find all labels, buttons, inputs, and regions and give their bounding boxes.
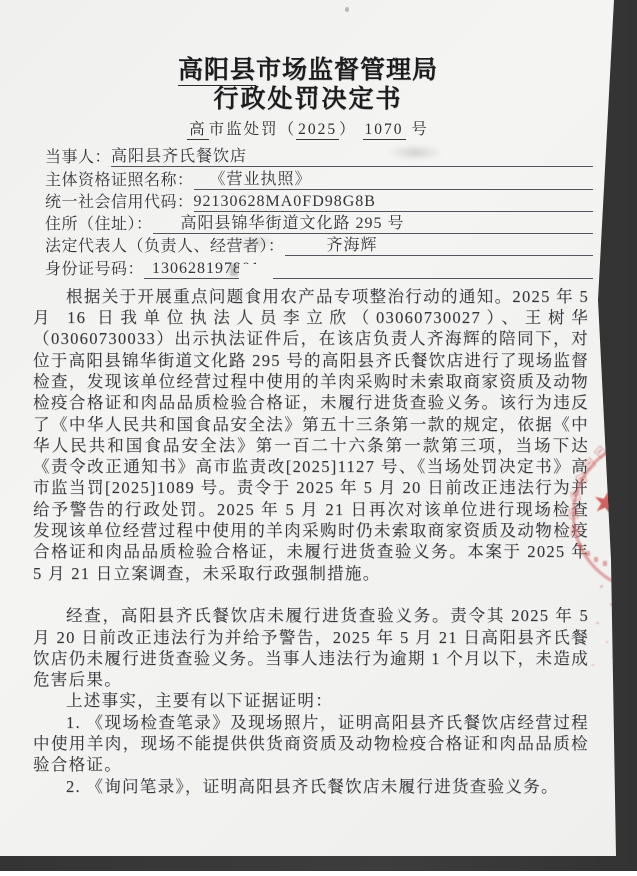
- seal-arc-character: [569, 509, 579, 520]
- field-party: 当事人： 高阳县齐氏餐饮店: [45, 145, 593, 167]
- field-credit-code-label: 统一社会信用代码：: [45, 189, 194, 212]
- field-credit-code: 统一社会信用代码： 92130628MA0FD98G8B: [45, 190, 593, 212]
- field-id-number-label: 身份证号码：: [45, 256, 144, 279]
- seal-ink-speckle: [610, 603, 612, 606]
- decision-body-text: 根据关于开展重点问题食用农产品专项整治行动的通知。2025 年 5 月 16 日…: [33, 286, 589, 797]
- paragraph-findings: 经查，高阳县齐氏餐饮店未履行进货查验义务。责令其 2025 年 5 月 20 日…: [33, 605, 589, 690]
- agency-title: 高阳县市场监督管理局: [0, 57, 616, 85]
- field-legal-rep-value-line: 齐海辉: [285, 232, 593, 256]
- field-credit-code-value-line: 92130628MA0FD98G8B: [194, 193, 593, 212]
- seal-ink-speckle: [592, 664, 594, 666]
- document-page: 高阳县市场监督管理局 行政处罚决定书 高市监处罚（2025） 1070 号 当事…: [0, 0, 616, 856]
- seal-serial-dot: [586, 551, 591, 557]
- seal-arc-character: [571, 526, 581, 537]
- field-legal-rep-value: 齐海辉: [327, 237, 378, 254]
- field-address: 住所（住址）： 高阳县锦华街道文化路 295 号: [45, 212, 593, 234]
- erasure-smudge: [235, 236, 275, 249]
- field-legal-rep: 法定代表人（负责人、经营者）： 齐海辉: [45, 234, 593, 256]
- seal-ink-speckle: [596, 622, 599, 624]
- redaction-whiteout: [239, 264, 273, 282]
- docno-number: 1070: [363, 121, 406, 140]
- docno-org: 高: [187, 121, 209, 140]
- party-info-fields: 当事人： 高阳县齐氏餐饮店 主体资格证照名称： 《营业执照》 统一社会信用代码：…: [45, 145, 593, 279]
- docno-pre: 市监处罚（: [209, 121, 297, 138]
- seal-serial-dot: [603, 561, 607, 566]
- seal-serial-dot: [594, 557, 599, 562]
- scan-speck: [345, 7, 349, 12]
- document-number: 高市监处罚（2025） 1070 号: [0, 117, 616, 139]
- field-id-number: 身份证号码： 130628197801: [45, 256, 593, 278]
- paragraph-evidence-intro: 上述事实，主要有以下证据证明：: [33, 690, 589, 711]
- field-address-value: 高阳县锦华街道文化路 295 号: [181, 215, 405, 232]
- field-address-value-line: 高阳县锦华街道文化路 295 号: [153, 210, 593, 234]
- paragraph-facts: 根据关于开展重点问题食用农产品专项整治行动的通知。2025 年 5 月 16 日…: [33, 286, 589, 584]
- field-party-value-line: 高阳县齐氏餐饮店: [111, 143, 593, 167]
- docno-year: 2025: [296, 121, 339, 140]
- erasure-smudge: [388, 145, 443, 160]
- seal-ink-speckle: [606, 641, 608, 643]
- field-license-name: 主体资格证照名称： 《营业执照》: [45, 167, 593, 189]
- field-party-value: 高阳县齐氏餐饮店: [111, 148, 247, 165]
- seal-ink-speckle: [600, 585, 603, 588]
- document-title: 行政处罚决定书: [0, 85, 616, 114]
- field-credit-code-value: 92130628MA0FD98G8B: [194, 193, 376, 210]
- docno-suffix: 号: [411, 121, 429, 138]
- field-party-label: 当事人：: [45, 144, 111, 167]
- field-license-name-value: 《营业执照》: [210, 171, 312, 188]
- scanned-penalty-decision-document: 高阳县市场监督管理局 行政处罚决定书 高市监处罚（2025） 1070 号 当事…: [0, 0, 637, 876]
- agency-name-rest: 市场监督管理局: [256, 57, 438, 84]
- field-address-label: 住所（住址）：: [45, 211, 153, 234]
- evidence-item-2: 2. 《询问笔录》，证明高阳县齐氏餐饮店未履行进货查验义务。: [33, 776, 589, 797]
- field-license-name-label: 主体资格证照名称：: [45, 167, 194, 190]
- docno-close: ）: [339, 121, 357, 138]
- agency-name-filled: 高阳县: [178, 57, 256, 86]
- faded-digit-fragment: [230, 264, 238, 276]
- field-id-number-value-line: 130628197801: [144, 260, 593, 279]
- evidence-item-1: 1. 《现场检查笔录》及现场照片，证明高阳县齐氏餐饮店经营过程中使用羊肉，现场不…: [33, 712, 589, 776]
- field-license-name-value-line: 《营业执照》: [194, 166, 593, 190]
